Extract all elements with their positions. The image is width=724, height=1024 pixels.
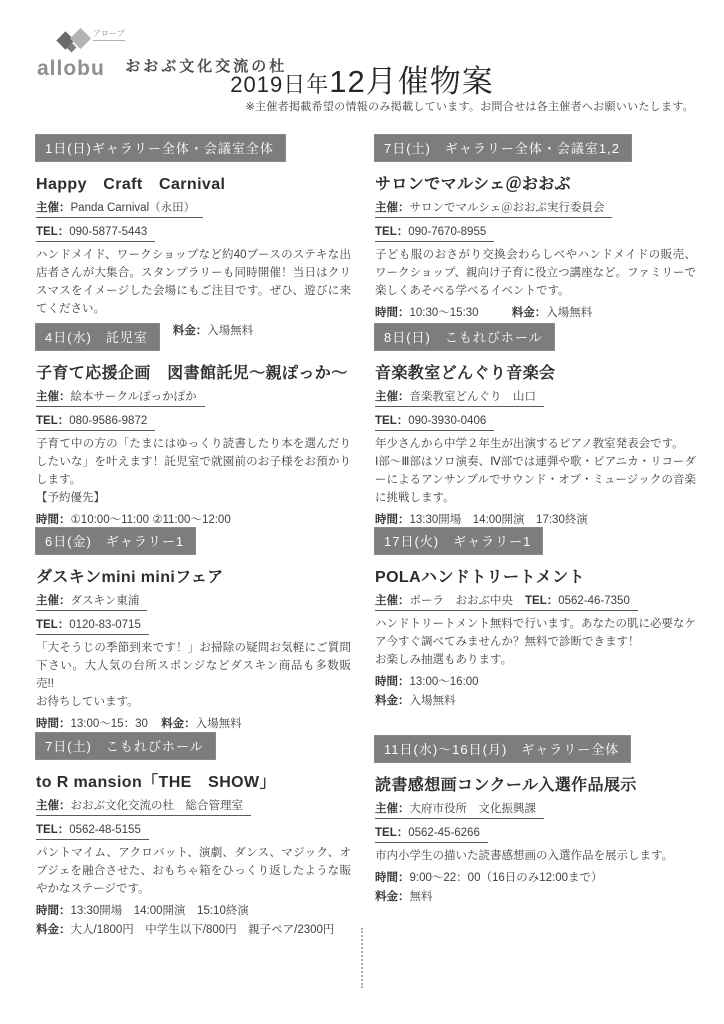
time-label: 時間： [375, 676, 410, 688]
document-title-year: 2019日年 [230, 72, 329, 97]
organizer-label: 主催： [36, 800, 71, 812]
fee-label: 料金： [375, 695, 410, 707]
event-card-reading-art-exhibit: 11日(水)～16日(月) ギャラリー全体 読書感想画コンクール入選作品展示 主… [374, 735, 696, 904]
tel-value: 0562-48-5155 [69, 824, 141, 836]
organizer-value: Panda Carnival（永田） [71, 202, 196, 214]
event-fee: 料金：入場無料 [161, 718, 242, 730]
event-title: ダスキンmini miniフェア [36, 564, 351, 587]
event-description: ハンドトリートメント無料で行います。あなたの肌に必要なケア今すぐ調べてみませんか… [375, 616, 696, 670]
event-organizer-line: 主催：大府市役所 文化振興課 [375, 800, 696, 819]
event-tel-line: TEL：0562-48-5155 [36, 821, 351, 840]
event-tel-line: TEL：090-7670-8955 [375, 223, 696, 242]
event-tel-line: TEL：0562-45-6266 [375, 824, 696, 843]
tel-label: TEL： [525, 595, 558, 607]
event-description: 「大そうじの季節到来です！」お掃除の疑問お気軽にご質問下さい。大人気の台所スポン… [36, 640, 351, 712]
fee-value: 入場無料 [196, 718, 242, 730]
event-time-fee-row: 時間：10:30～15:30 料金：入場無料 [375, 304, 696, 320]
event-date-venue-bar: 8日(日) こもれびホール [374, 323, 555, 351]
time-label: 時間： [375, 514, 410, 526]
tel-value: 0562-45-6266 [408, 827, 480, 839]
organizer-label: 主催： [375, 202, 410, 214]
event-tel-line: TEL：090-5877-5443 [36, 223, 351, 242]
logo-furigana: アローブ [93, 28, 125, 41]
event-card-donguri-concert: 8日(日) こもれびホール 音楽教室どんぐり音楽会 主催：音楽教室どんぐり 山口… [374, 323, 696, 546]
document-title-month: 12月催物案 [329, 64, 493, 99]
time-value: 13:30開場 14:00開演 17:30終演 [410, 514, 588, 526]
event-description: 子ども服のおさがり交換会わらしべやハンドメイドの販売、ワークショップ、親向け子育… [375, 247, 696, 301]
event-organizer-line: 主催：サロンでマルシェ＠おおぶ実行委員会 [375, 199, 696, 218]
time-value: 13:00～15：30 [71, 718, 148, 730]
document-title: 2019日年12月催物案 [0, 56, 724, 101]
time-label: 時間： [375, 872, 410, 884]
fee-value: 入場無料 [546, 307, 592, 319]
event-time-row: 時間：13:00～16:00 [375, 673, 696, 689]
event-tel-line: TEL：0120-83-0715 [36, 616, 351, 635]
event-time: 時間：10:30～15:30 [375, 307, 479, 319]
event-card-salon-marche: 7日(土) ギャラリー全体・会議室1,2 サロンでマルシェ＠おおぶ 主催：サロン… [374, 134, 696, 320]
fee-value: 入場無料 [410, 695, 456, 707]
event-date-venue-bar: 7日(土) ギャラリー全体・会議室1,2 [374, 134, 632, 162]
event-title: サロンでマルシェ＠おおぶ [375, 171, 696, 194]
organizer-value: ポーラ おおぶ中央 [410, 595, 514, 607]
tel-label: TEL： [36, 415, 69, 427]
event-title: POLAハンドトリートメント [375, 564, 696, 587]
organizer-value: おおぶ文化交流の杜 総合管理室 [71, 800, 244, 812]
tel-value: 090-5877-5443 [69, 226, 147, 238]
event-time-row: 時間：①10:00～11:00 ②11:00～12:00 [36, 511, 351, 527]
tel-value: 0120-83-0715 [69, 619, 141, 631]
tel-label: TEL： [375, 827, 408, 839]
fee-label: 料金： [36, 924, 71, 936]
fee-value: 無料 [410, 891, 433, 903]
event-time-row: 時間：13:30開場 14:00開演 17:30終演 [375, 511, 696, 527]
event-title: 音楽教室どんぐり音楽会 [375, 360, 696, 383]
event-title: 子育て応援企画 図書館託児～親ぽっか～ [36, 360, 351, 383]
tel-value: 080-9586-9872 [69, 415, 147, 427]
time-label: 時間： [36, 718, 71, 730]
event-time-row: 時間：9:00～22：00（16日のみ12:00まで） [375, 869, 696, 885]
event-organizer-line: 主催：ダスキン東浦 [36, 592, 351, 611]
organizer-value: サロンでマルシェ＠おおぶ実行委員会 [410, 202, 605, 214]
organizer-label: 主催： [36, 391, 71, 403]
time-label: 時間： [36, 514, 71, 526]
event-card-duskin-fair: 6日(金) ギャラリー1 ダスキンmini miniフェア 主催：ダスキン東浦 … [35, 527, 351, 731]
document-note: ※主催者掲載希望の情報のみ掲載しています。お問合せは各主催者へお願いいたします。 [246, 98, 694, 114]
time-value: 13:00～16:00 [410, 676, 479, 688]
fee-label: 料金： [375, 891, 410, 903]
event-organizer-tel-line: 主催：ポーラ おおぶ中央TEL：0562-46-7350 [375, 592, 696, 611]
event-date-venue-bar: 7日(土) こもれびホール [35, 732, 216, 760]
event-title: Happy Craft Carnival [36, 171, 351, 194]
fee-label: 料金： [512, 307, 547, 319]
event-title: 読書感想画コンクール入選作品展示 [375, 772, 696, 795]
event-fee-row: 料金：大人/1800円 中学生以下/800円 親子ペア/2300円 [36, 921, 351, 937]
tel-value: 090-3930-0406 [408, 415, 486, 427]
tel-value: 0562-46-7350 [558, 595, 630, 607]
time-value: ①10:00～11:00 ②11:00～12:00 [71, 514, 231, 526]
event-fee: 料金：入場無料 [512, 307, 593, 319]
event-tel-line: TEL：080-9586-9872 [36, 412, 351, 431]
event-organizer-line: 主催：おおぶ文化交流の杜 総合管理室 [36, 797, 351, 816]
event-fee-row: 料金：入場無料 [375, 692, 696, 708]
tel-label: TEL： [375, 226, 408, 238]
tel-label: TEL： [375, 415, 408, 427]
event-description: パントマイム、アクロバット、演劇、ダンス、マジック、オブジェを融合させた、おもち… [36, 845, 351, 899]
event-card-library-daycare: 4日(水) 託児室 子育て応援企画 図書館託児～親ぽっか～ 主催：絵本サークルぽ… [35, 323, 351, 546]
organizer-label: 主催： [36, 595, 71, 607]
time-value: 13:30開場 14:00開演 15:10終演 [71, 905, 249, 917]
event-date-venue-bar: 1日(日)ギャラリー全体・会議室全体 [35, 134, 286, 162]
event-card-pola-hand-treatment: 17日(火) ギャラリー1 POLAハンドトリートメント 主催：ポーラ おおぶ中… [374, 527, 696, 708]
time-label: 時間： [375, 307, 410, 319]
organizer-label: 主催： [375, 803, 410, 815]
organizer-value: 音楽教室どんぐり 山口 [410, 391, 537, 403]
event-description: 子育て中の方の「たまにはゆっくり読書したり本を選んだりしたいな」を叶えます！託児… [36, 436, 351, 508]
tel-label: TEL： [36, 824, 69, 836]
organizer-value: ダスキン東浦 [71, 595, 140, 607]
organizer-label: 主催： [375, 595, 410, 607]
event-organizer-line: 主催：音楽教室どんぐり 山口 [375, 388, 696, 407]
event-fee-row: 料金：無料 [375, 888, 696, 904]
event-date-venue-bar: 11日(水)～16日(月) ギャラリー全体 [374, 735, 631, 763]
flyer-page: アローブ allobu おおぶ文化交流の杜 2019日年12月催物案 ※主催者掲… [0, 0, 724, 1024]
tel-label: TEL： [36, 226, 69, 238]
event-title: to R mansion「THE SHOW」 [36, 769, 351, 792]
time-label: 時間： [36, 905, 71, 917]
event-organizer-line: 主催：Panda Carnival（永田） [36, 199, 351, 218]
column-dotted-divider [361, 928, 363, 988]
event-card-the-show: 7日(土) こもれびホール to R mansion「THE SHOW」 主催：… [35, 732, 351, 937]
organizer-value: 大府市役所 文化振興課 [410, 803, 537, 815]
fee-label: 料金： [161, 718, 196, 730]
event-time-row: 時間：13:30開場 14:00開演 15:10終演 [36, 902, 351, 918]
time-value: 9:00～22：00（16日のみ12:00まで） [410, 872, 603, 884]
event-date-venue-bar: 17日(火) ギャラリー1 [374, 527, 543, 555]
tel-label: TEL： [36, 619, 69, 631]
event-date-venue-bar: 6日(金) ギャラリー1 [35, 527, 196, 555]
tel-value: 090-7670-8955 [408, 226, 486, 238]
organizer-value: 絵本サークルぽっかぽか [71, 391, 197, 403]
event-description: 年少さんから中学２年生が出演するピアノ教室発表会です。 Ⅰ部～Ⅲ部はソロ演奏、Ⅳ… [375, 436, 696, 508]
event-tel-line: TEL：090-3930-0406 [375, 412, 696, 431]
event-time: 時間：13:00～15：30 [36, 718, 148, 730]
fee-value: 大人/1800円 中学生以下/800円 親子ペア/2300円 [71, 924, 335, 936]
event-description: 市内小学生の描いた読書感想画の入選作品を展示します。 [375, 848, 696, 866]
event-description: ハンドメイド、ワークショップなど約40ブースのステキな出店者さんが大集合。スタン… [36, 247, 351, 319]
organizer-label: 主催： [375, 391, 410, 403]
event-date-venue-bar: 4日(水) 託児室 [35, 323, 160, 351]
event-card-happy-craft-carnival: 1日(日)ギャラリー全体・会議室全体 Happy Craft Carnival … [35, 134, 351, 338]
organizer-label: 主催： [36, 202, 71, 214]
event-time-fee-row: 時間：13:00～15：30 料金：入場無料 [36, 715, 351, 731]
time-value: 10:30～15:30 [410, 307, 479, 319]
event-organizer-line: 主催：絵本サークルぽっかぽか [36, 388, 351, 407]
